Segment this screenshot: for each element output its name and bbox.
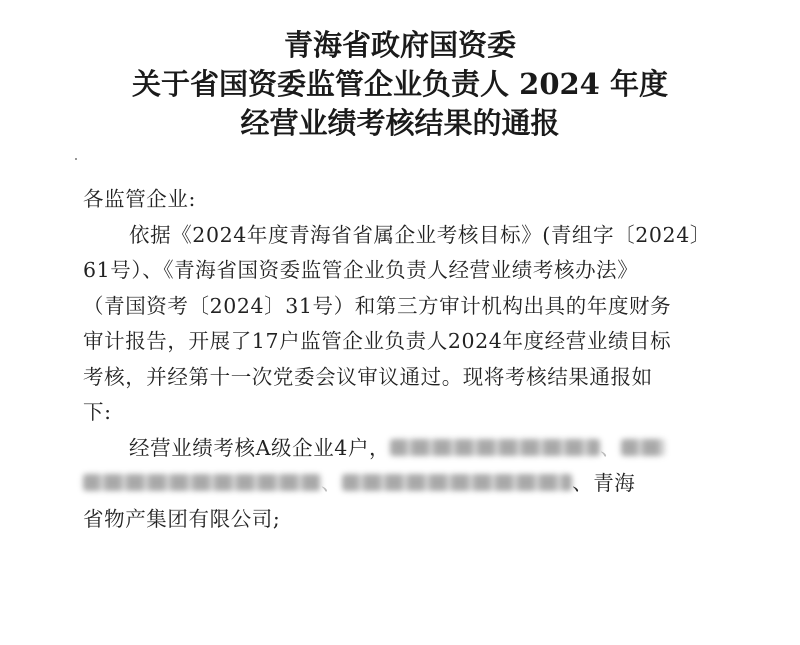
company-4-start: 、青海: [572, 471, 635, 495]
redacted-company-1: [390, 439, 600, 456]
title-line-3: 经营业绩考核结果的通报: [0, 104, 800, 143]
paragraph-2-line-3: 省物产集团有限公司;: [83, 502, 705, 538]
document-body: 各监管企业: 依据《2024年度青海省省属企业考核目标》(青组字〔2024〕 6…: [83, 182, 705, 537]
title-line-1: 青海省政府国资委: [0, 26, 800, 65]
paragraph-2-line-2: 、、青海: [83, 466, 705, 502]
paragraph-1-line-2: 61号）、《青海省国资委监管企业负责人经营业绩考核办法》: [83, 253, 705, 289]
grade-a-intro: 经营业绩考核A级企业4户，: [129, 436, 390, 460]
paragraph-1-line-5: 考核，并经第十一次党委会议审议通过。现将考核结果通报如: [83, 360, 705, 396]
paragraph-1-line-1: 依据《2024年度青海省省属企业考核目标》(青组字〔2024〕: [83, 218, 705, 254]
document-title: 青海省政府国资委 关于省国资委监管企业负责人 2024 年度 经营业绩考核结果的…: [0, 26, 800, 143]
redacted-company-2-end: [83, 474, 321, 491]
separator: 、: [600, 436, 621, 460]
redacted-company-3: [342, 474, 572, 491]
paragraph-1-line-4: 审计报告，开展了17户监管企业负责人2024年度经营业绩目标: [83, 324, 705, 360]
separator: 、: [321, 471, 342, 495]
paragraph-1-line-6: 下:: [83, 395, 705, 431]
redacted-company-2-start: [621, 439, 665, 456]
salutation: 各监管企业:: [83, 182, 705, 218]
scan-speck: [75, 158, 77, 160]
paragraph-1-line-3: （青国资考〔2024〕31号）和第三方审计机构出具的年度财务: [83, 289, 705, 325]
title-line-2: 关于省国资委监管企业负责人 2024 年度: [0, 65, 800, 104]
paragraph-2-line-1: 经营业绩考核A级企业4户，、: [83, 431, 705, 467]
